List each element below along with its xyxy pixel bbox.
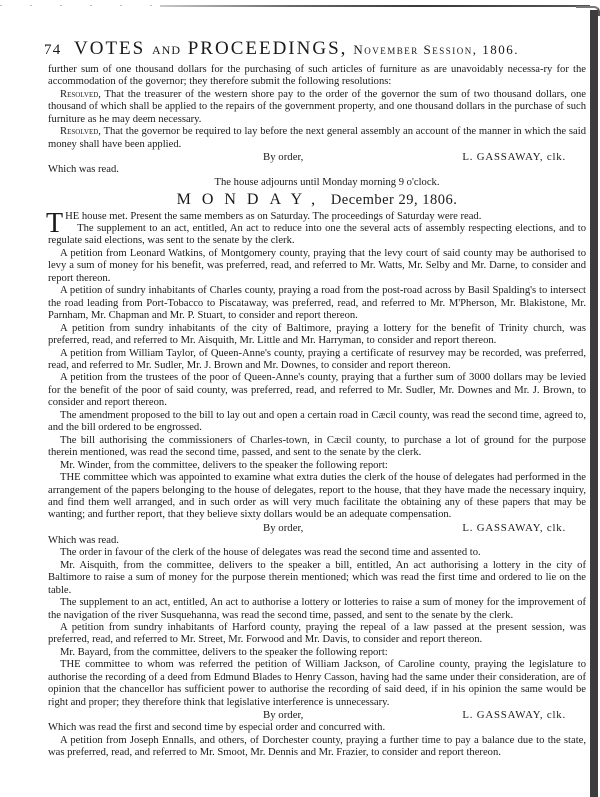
running-title-proceedings: PROCEEDINGS, [188, 38, 348, 59]
running-title: VOTES AND PROCEEDINGS, [74, 38, 347, 60]
proceeding-paragraph: A petition from Leonard Watkins, of Mont… [48, 248, 586, 285]
by-order: By order, [263, 709, 303, 722]
proceeding-paragraph: A petition from sundry inhabitants of Ha… [48, 622, 586, 647]
signature-block: By order, L. GASSAWAY, clk. [48, 709, 586, 722]
adjournment-note: The house adjourns until Monday morning … [48, 177, 586, 189]
running-title-and: AND [152, 43, 181, 57]
page-number: 74 [44, 42, 74, 59]
which-was-read: Which was read. [48, 164, 586, 176]
document-page: 74 VOTES AND PROCEEDINGS, November Sessi… [48, 38, 586, 760]
resolution-2: Resolved, That the governor be required … [48, 126, 586, 151]
continuation-paragraph: further sum of one thousand dollars for … [48, 64, 586, 89]
resolved-label: Resolved, [60, 89, 101, 100]
running-session: November Session, 1806. [353, 42, 519, 58]
proceeding-paragraph: A petition from the trustees of the poor… [48, 372, 586, 409]
proceeding-paragraph: A petition from Joseph Ennalls, and othe… [48, 735, 586, 760]
by-order: By order, [263, 522, 303, 535]
running-head: 74 VOTES AND PROCEEDINGS, November Sessi… [44, 38, 586, 64]
committee-report: THE committee to whom was referred the p… [48, 659, 586, 709]
proceeding-paragraph: Mr. Bayard, from the committee, delivers… [48, 647, 586, 659]
clerk-name: L. GASSAWAY, clk. [462, 151, 566, 164]
proceeding-paragraph: Mr. Aisquith, from the committee, delive… [48, 560, 586, 597]
day-heading: MONDAY, December 29, 1806. [48, 193, 586, 206]
day-name: MONDAY, [177, 191, 326, 208]
committee-report: THE committee which was appointed to exa… [48, 472, 586, 522]
proceeding-paragraph: A petition from William Taylor, of Queen… [48, 348, 586, 373]
drop-cap: T [46, 213, 65, 235]
day-date: December 29, 1806. [331, 192, 458, 208]
body-text: further sum of one thousand dollars for … [48, 64, 586, 760]
proceeding-paragraph: The order in favour of the clerk of the … [48, 547, 586, 559]
running-title-votes: VOTES [74, 38, 145, 59]
clerk-name: L. GASSAWAY, clk. [462, 522, 566, 535]
signature-block: By order, L. GASSAWAY, clk. [48, 522, 586, 535]
resolution-1-text: That the treasurer of the western shore … [48, 89, 586, 125]
proceeding-paragraph: The amendment proposed to the bill to la… [48, 410, 586, 435]
proceeding-paragraph: The bill authorising the commissioners o… [48, 435, 586, 460]
proceeding-paragraph: Mr. Winder, from the committee, delivers… [48, 460, 586, 472]
opening-paragraph: THE house met. Present the same members … [48, 211, 586, 223]
which-was-read: Which was read. [48, 535, 586, 547]
opening-text: HE house met. Present the same members a… [65, 211, 481, 222]
concurred-note: Which was read the first and second time… [48, 722, 586, 734]
proceeding-paragraph: The supplement to an act, entitled, An a… [48, 597, 586, 622]
top-scan-edge [160, 5, 590, 7]
clerk-name: L. GASSAWAY, clk. [462, 709, 566, 722]
resolution-1: Resolved, That the treasurer of the west… [48, 89, 586, 126]
resolution-2-text: That the governor be required to lay bef… [48, 126, 586, 149]
proceeding-paragraph: A petition of sundry inhabitants of Char… [48, 285, 586, 322]
top-scan-edge-faint [0, 5, 160, 6]
resolved-label: Resolved, [60, 126, 101, 137]
by-order: By order, [263, 151, 303, 164]
proceeding-paragraph: A petition from sundry inhabitants of th… [48, 323, 586, 348]
page-binding-edge [590, 10, 598, 797]
signature-block: By order, L. GASSAWAY, clk. [48, 151, 586, 164]
proceeding-paragraph: The supplement to an act, entitled, An a… [48, 223, 586, 248]
